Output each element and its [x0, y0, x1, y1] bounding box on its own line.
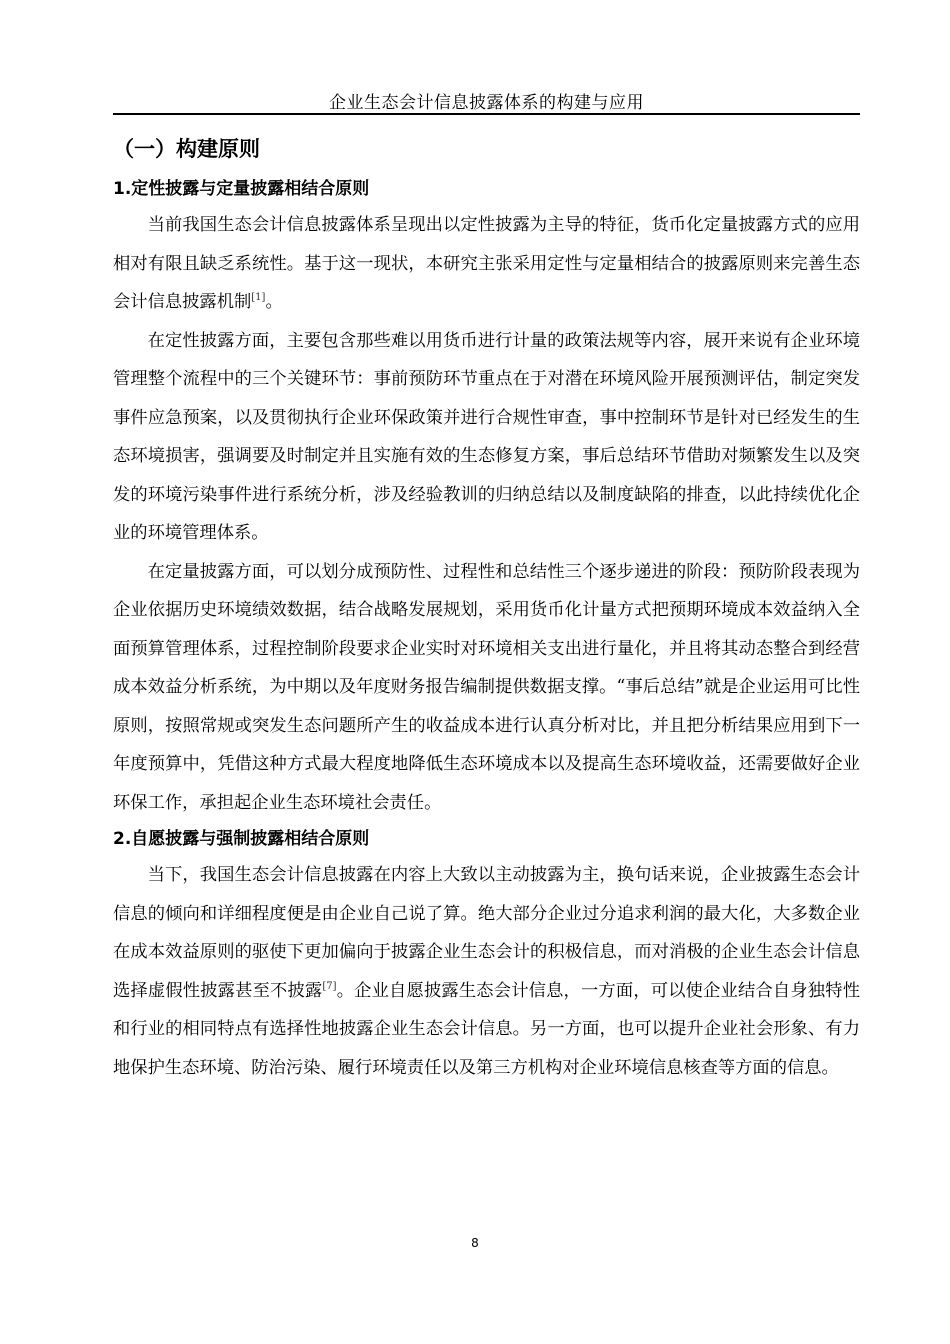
subsection-title-2: 2.自愿披露与强制披露相结合原则 [113, 822, 860, 856]
header-divider [113, 113, 860, 115]
subsection-title-1: 1.定性披露与定量披露相结合原则 [113, 172, 860, 206]
citation-ref[interactable]: [1] [251, 292, 265, 303]
paragraph-1-2: 在定性披露方面，主要包含那些难以用货币进行计量的政策法规等内容，展开来说有企业环… [113, 322, 860, 553]
paragraph-1-3: 在定量披露方面，可以划分成预防性、过程性和总结性三个逐步递进的阶段：预防阶段表现… [113, 553, 860, 823]
paragraph-2-1: 当下，我国生态会计信息披露在内容上大致以主动披露为主，换句话来说，企业披露生态会… [113, 856, 860, 1087]
paragraph-text: 在定性披露方面，主要包含那些难以用货币进行计量的政策法规等内容，展开来说有企业环… [113, 331, 860, 544]
paragraph-text: 在定量披露方面，可以划分成预防性、过程性和总结性三个逐步递进的阶段：预防阶段表现… [113, 562, 860, 813]
paragraph-text: 当前我国生态会计信息披露体系呈现出以定性披露为主导的特征，货币化定量披露方式的应… [113, 215, 860, 312]
citation-ref[interactable]: [7] [322, 981, 336, 992]
page-number: 8 [0, 1236, 950, 1250]
paragraph-text: 。 [265, 292, 282, 312]
document-page: 企业生态会计信息披露体系的构建与应用 （一）构建原则 1.定性披露与定量披露相结… [0, 0, 950, 1344]
paragraph-1-1: 当前我国生态会计信息披露体系呈现出以定性披露为主导的特征，货币化定量披露方式的应… [113, 206, 860, 322]
running-header: 企业生态会计信息披露体系的构建与应用 [113, 92, 860, 114]
section-title: （一）构建原则 [113, 126, 860, 172]
page-body: （一）构建原则 1.定性披露与定量披露相结合原则 当前我国生态会计信息披露体系呈… [113, 126, 860, 1087]
